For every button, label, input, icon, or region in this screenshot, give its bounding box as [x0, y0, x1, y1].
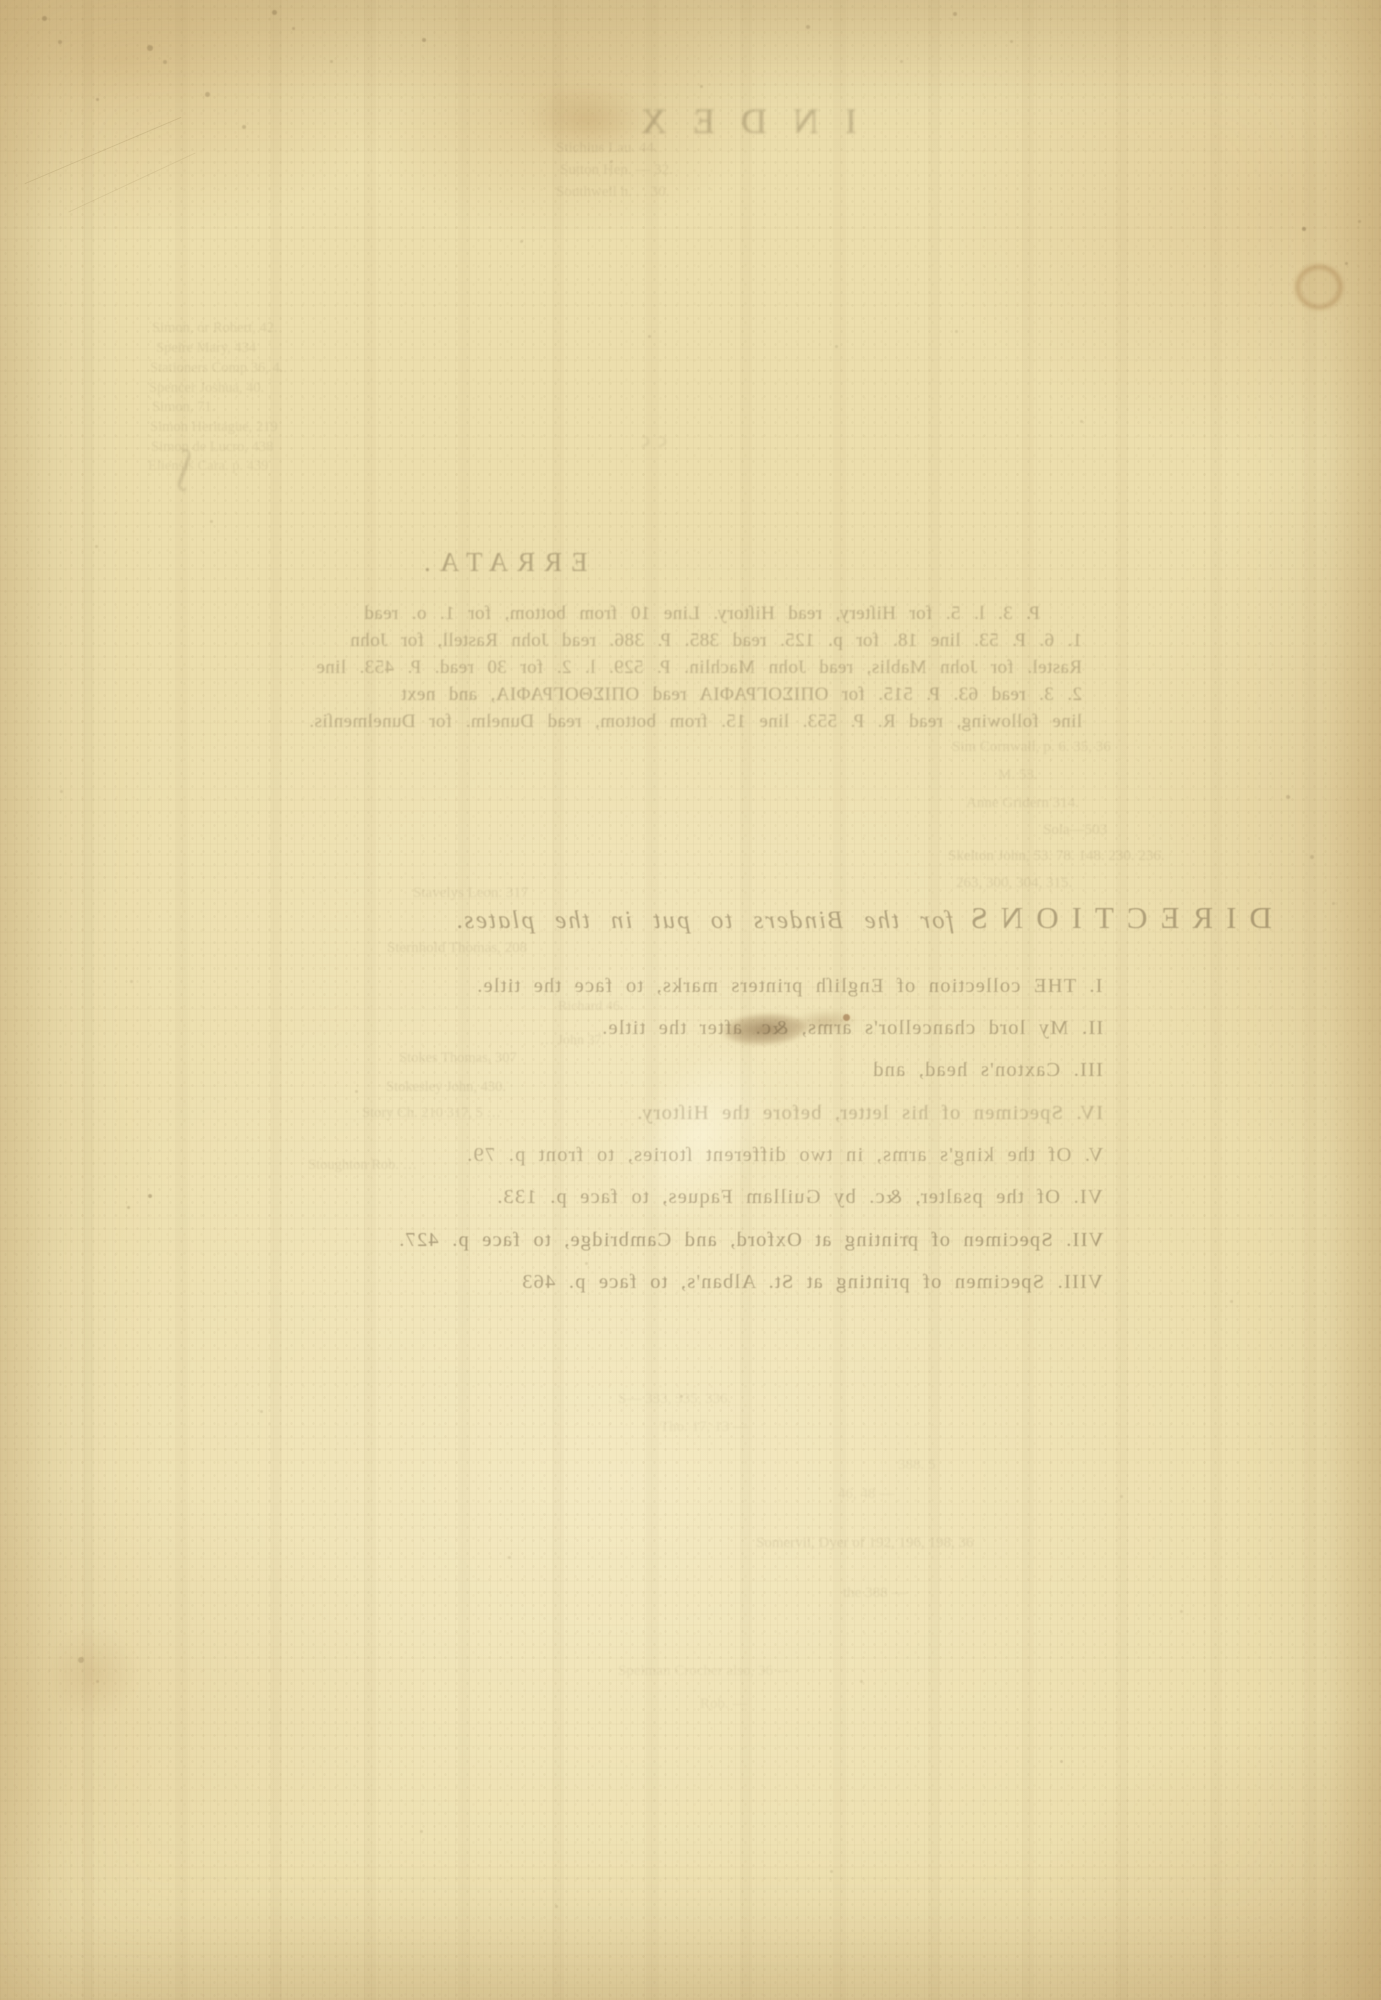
fox-speck	[242, 125, 246, 129]
fox-speck	[127, 1206, 130, 1209]
ghost-index-entry: Southwell h. . . 30.	[556, 185, 669, 200]
fox-speck	[1332, 902, 1335, 905]
ghost-errata-line: P. 3. l. 5. for Hiſtery, read Hiſtory. L…	[364, 604, 1040, 623]
ghost-index-entry: Stokesley John, 430.	[386, 1080, 506, 1095]
fox-speck	[1358, 220, 1361, 223]
ghost-index-entry: Rob. —	[700, 1697, 748, 1712]
fox-speck	[96, 98, 99, 101]
fox-speck	[953, 12, 957, 16]
fox-speck	[1310, 855, 1314, 859]
ghost-index-entry: Simon, 71.	[152, 400, 215, 415]
fox-speck	[555, 1905, 558, 1908]
ghost-index-entry: Somervil, Dyer of 192, 196, 198, 36	[756, 1536, 973, 1551]
ghost-index-entry: Stavelys Leon. 317	[413, 886, 528, 901]
fox-speck	[806, 25, 810, 29]
ghost-index-entry: 388. 5	[898, 1458, 936, 1473]
ghost-index-entry: Simon Heritague, 219	[150, 420, 278, 435]
ghost-flourish: ς ς	[640, 430, 667, 450]
ghost-index-entry: Spencer Joshua, 40.	[149, 381, 264, 396]
fox-speck	[163, 60, 167, 64]
ghost-index-entry: M. 53.	[998, 768, 1038, 783]
fox-speck	[648, 335, 651, 338]
fox-speck	[1302, 227, 1306, 231]
ghost-index-entry: S— 333, 335, 336.	[618, 1392, 731, 1407]
ghost-index-entry: … John 37.	[540, 1034, 605, 1048]
ghost-index-entry: Sim Cornwall, p. 6. 35, 36	[952, 740, 1111, 755]
fox-speck	[1060, 1760, 1063, 1763]
paper-background	[0, 0, 1381, 2000]
ghost-directions-item: V. Of the king's arms, in two different …	[466, 1145, 1103, 1166]
stain-bottom-left	[48, 1628, 138, 1718]
fox-speck	[1230, 1300, 1233, 1303]
fox-speck	[95, 545, 98, 548]
ghost-index-entry: Simon, or Robert, 42.	[152, 321, 278, 336]
fox-speck	[205, 92, 210, 97]
fox-speck	[148, 1194, 152, 1198]
ghost-index-entry: Sternhold Thomas, 208	[387, 941, 527, 956]
ghost-directions-heading-rest: for the Binders to put in the plates.	[454, 907, 954, 934]
fox-speck	[1180, 1610, 1183, 1613]
fox-speck	[260, 1410, 263, 1413]
ghost-index-entry: Stichius Lau. 44.	[556, 141, 658, 156]
fox-speck	[272, 10, 277, 15]
ghost-errata-line: Rastel. for John Mablis, read John Machl…	[316, 658, 1082, 677]
fox-speck	[585, 1262, 588, 1265]
ghost-index-entry: Skelton John, 53. 78. 148. 230. 236.	[948, 849, 1165, 864]
ghost-directions-item: VI. Of the psalter, &c. by Guillam Faque…	[496, 1187, 1103, 1208]
fox-speck	[1120, 1495, 1123, 1498]
ghost-directions-item: III. Caxton's head, and	[872, 1060, 1103, 1081]
fox-speck	[520, 240, 523, 243]
ghost-index-heading: INDEX	[615, 103, 857, 139]
fox-speck	[860, 1680, 863, 1683]
ghost-index-entry: 263, 300, 304, 315.	[956, 876, 1072, 891]
ghost-errata-heading: ERRATA.	[415, 549, 588, 576]
ghost-index-entry: Anne Gridern 314.	[966, 796, 1079, 811]
ghost-index-entry: Story Ch. 210 317, 5 …	[362, 1106, 501, 1121]
ghost-index-entry: Sutton Hen. — 32.	[560, 163, 673, 178]
ghost-index-entry: Sola—503	[1043, 823, 1107, 838]
ghost-index-entry: Eliensis Cara. p. 439	[148, 459, 268, 474]
scanned-page: DIRECTIONS for the Binders to put in the…	[0, 0, 1381, 2000]
fox-speck	[900, 60, 903, 63]
ghost-directions-item: VII. Specimen of printing at Oxford, and…	[398, 1230, 1103, 1251]
fox-speck	[210, 520, 213, 523]
fox-speck	[147, 45, 153, 51]
fox-speck	[700, 85, 703, 88]
ghost-directions-heading: DIRECTIONS for the Binders to put in the…	[454, 902, 1272, 933]
fox-speck	[420, 1830, 423, 1833]
fox-speck	[422, 38, 426, 42]
ghost-directions-heading-caps: DIRECTIONS	[958, 900, 1272, 935]
fox-speck	[42, 16, 47, 21]
fox-speck	[1286, 795, 1290, 799]
fox-speck	[292, 27, 295, 30]
fox-speck	[96, 1680, 99, 1683]
ghost-index-entry: Richard 46.	[558, 1000, 623, 1014]
ghost-index-entry: the 388 —	[843, 1586, 906, 1601]
fox-speck	[835, 345, 838, 348]
ghost-index-entry: Tho. 17, 13 —	[660, 1420, 748, 1435]
ghost-index-entry: Simon de Lucro, 438	[151, 440, 273, 455]
fox-speck	[830, 1870, 833, 1873]
ghost-errata-line: 2. 3. read 63. P. 515. for ΟΠΙΣΟΓΡΑΦΙΑ r…	[401, 685, 1082, 704]
ghost-index-entry: Spelman Crocher also, 36 —	[618, 1664, 792, 1679]
ghost-index-entry: Speire Mary, 434	[156, 341, 256, 356]
fox-speck	[680, 1395, 683, 1398]
fox-speck	[355, 1090, 358, 1093]
ghost-errata-line: 1. 6. P. 53. line 18. for p. 125. read 3…	[350, 631, 1082, 650]
ghost-index-entry: 46, 48 —	[838, 1487, 894, 1502]
ghost-directions-item: VIII. Specimen of printing at St. Alban'…	[521, 1272, 1103, 1293]
fox-speck	[78, 1657, 84, 1663]
fox-speck	[330, 60, 333, 63]
fox-speck	[905, 1235, 909, 1239]
fox-speck	[1080, 420, 1083, 423]
ghost-directions-item: I. THE collection of Engliſh printers ma…	[476, 976, 1103, 997]
fox-speck	[508, 1556, 511, 1559]
fox-speck	[60, 790, 63, 793]
ghost-errata-line: line following, read R. P. 553. line 15.…	[309, 712, 1082, 731]
fox-speck	[130, 980, 133, 983]
fox-speck	[955, 330, 958, 333]
ghost-index-entry: Stokes Thomas, 307	[399, 1051, 517, 1066]
fox-speck	[1345, 262, 1348, 265]
ghost-index-entry: Stoughton Rob. …	[308, 1158, 417, 1173]
ghost-index-entry: Stationers Comp 36, 4..	[150, 361, 287, 376]
fox-speck	[58, 40, 62, 44]
ghost-directions-item: IV. Specimen of his letter, before the H…	[636, 1103, 1103, 1124]
ghost-directions-item: II. My lord chancellor's arms, &c. after…	[601, 1018, 1103, 1039]
fox-speck	[610, 160, 613, 163]
fox-speck	[1010, 40, 1013, 43]
